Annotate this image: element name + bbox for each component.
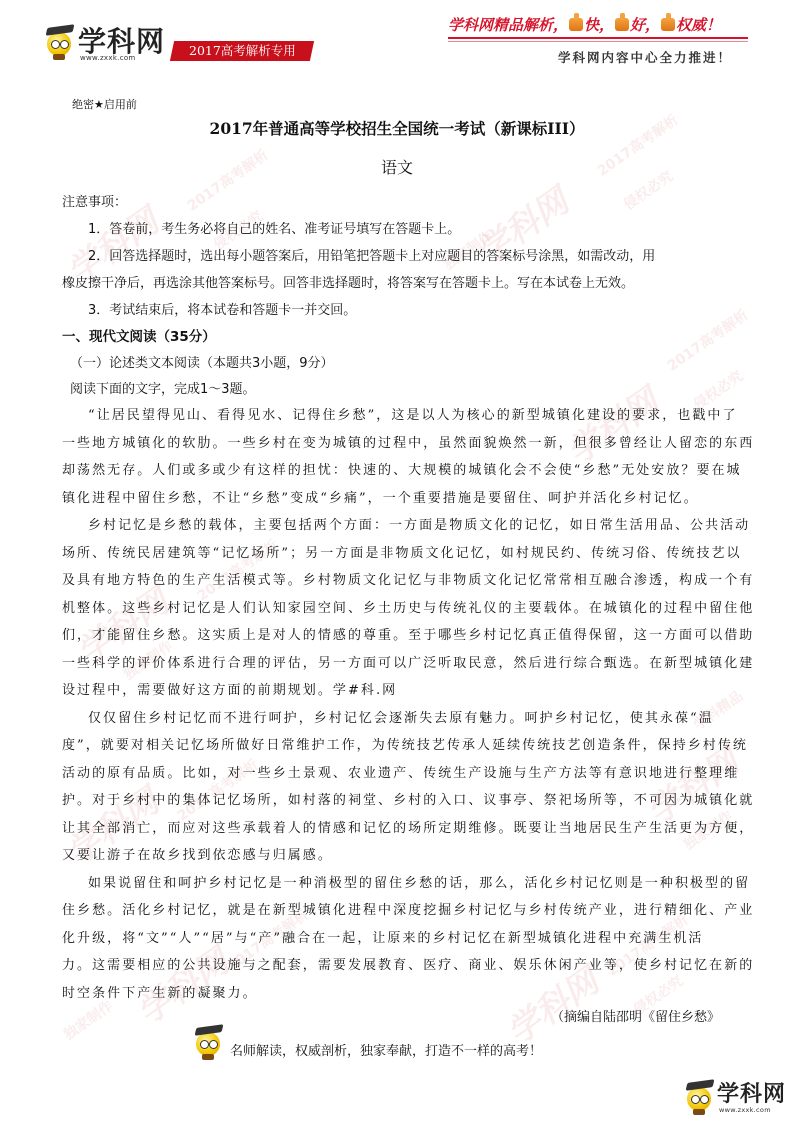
- passage-line: 们，才能留住乡愁。这实质上是对人的情感的尊重。至于哪些乡村记忆真正值得保留，这一…: [62, 624, 722, 643]
- passage-line: 化升级，将“文”“人”“居”与“产”融合在一起，让原来的乡村记忆在新型城镇化进程…: [62, 927, 722, 946]
- notice-item-continued: 橡皮擦干净后，再选涂其他答案标号。回答非选择题时，将答案写在答题卡上。写在本试卷…: [62, 272, 634, 291]
- logo-text: 学科网: [717, 1077, 786, 1108]
- passage-line: 镇化进程中留住乡愁，不让“乡愁”变成“乡痛”，一个重要措施是要留住、呵护并活化乡…: [62, 487, 722, 506]
- subsection-heading: （一）论述类文本阅读（本题共3小题，9分）: [70, 352, 334, 371]
- passage-line: 如果说留住和呵护乡村记忆是一种消极型的留住乡愁的话，那么，活化乡村记忆则是一种积…: [88, 872, 748, 891]
- passage-line: 时空条件下产生新的凝聚力。: [62, 982, 722, 1001]
- passage-line: 一些地方城镇化的软肋。一些乡村在变为城镇的过程中，虽然面貌焕然一新，但很多曾经让…: [62, 432, 722, 451]
- mascot-icon: [194, 1024, 224, 1064]
- slogan-underline: [448, 37, 748, 39]
- thumbs-up-icon: [569, 18, 583, 31]
- passage-line: 却荡然无存。人们或多或少有这样的担忧：快速的、大规模的城镇化会不会使“乡愁”无处…: [62, 459, 722, 478]
- passage-line: 力。这需要相应的公共设施与之配套，需要发展教育、医疗、商业、娱乐休闲产业等，使乡…: [62, 954, 722, 973]
- notice-item: 1．答卷前，考生务必将自己的姓名、准考证号填写在答题卡上。: [88, 218, 460, 237]
- header-slogan: 学科网精品解析，快，好，权威！: [448, 14, 748, 36]
- passage-line: 护。对于乡村中的集体记忆场所，如村落的祠堂、乡村的入口、议事亭、祭祀场所等，不可…: [62, 789, 722, 808]
- notice-item: 3．考试结束后，将本试卷和答题卡一并交回。: [88, 299, 356, 318]
- year-banner: 2017高考解析专用: [170, 41, 314, 61]
- zxxk-logo: 学科网 www.zxxk.com: [45, 18, 165, 64]
- header-subslogan: 学科网内容中心全力推进！: [558, 48, 732, 66]
- passage-line: 又要让游子在故乡找到依恋感与归属感。: [62, 844, 722, 863]
- subject-title: 语文: [0, 155, 794, 178]
- watermark-tag: 独家制作: [59, 996, 116, 1045]
- passage-line: 机整体。这些乡村记忆是人们认知家园空间、乡土历史与传统礼仪的主要载体。在城镇化的…: [62, 597, 722, 616]
- mascot-icon: [685, 1079, 715, 1115]
- thumbs-up-icon: [661, 18, 675, 31]
- passage-line: 仅仅留住乡村记忆而不进行呵护，乡村记忆会逐渐失去原有魅力。呵护乡村记忆，使其永葆…: [88, 707, 748, 726]
- passage-line: 一些科学的评价体系进行合理的评估，另一方面可以广泛听取民意，然后进行综合甄选。在…: [62, 652, 722, 671]
- promo-text: 名师解读，权威剖析，独家奉献，打造不一样的高考！: [230, 1040, 542, 1059]
- thumbs-up-icon: [615, 18, 629, 31]
- logo-url: www.zxxk.com: [80, 54, 136, 62]
- notice-item: 2．回答选择题时，选出每小题答案后，用铅笔把答题卡上对应题目的答案标号涂黑，如需…: [88, 245, 655, 264]
- section-heading: 一、现代文阅读（35分）: [62, 325, 216, 345]
- slogan-underline-thin: [448, 41, 748, 42]
- passage-line: “让居民望得见山、看得见水、记得住乡愁”，这是以人为核心的新型城镇化建设的要求，…: [88, 404, 748, 423]
- passage-line: 乡村记忆是乡愁的载体，主要包括两个方面：一方面是物质文化的记忆，如日常生活用品、…: [88, 514, 748, 533]
- footer-logo: 学科网 www.zxxk.com: [685, 1075, 794, 1120]
- passage-attribution: （摘编自陆邵明《留住乡愁》: [551, 1006, 720, 1025]
- watermark-tag: 2017高考解析: [663, 305, 752, 376]
- exam-title: 2017年普通高等学校招生全国统一考试（新课标III）: [0, 117, 794, 139]
- passage-line: 设过程中，需要做好这方面的前期规划。学#科.网: [62, 679, 722, 698]
- passage-line: 住乡愁。活化乡村记忆，就是在新型城镇化进程中深度挖掘乡村记忆与乡村传统产业，进行…: [62, 899, 722, 918]
- passage-line: 活动的原有品质。比如，对一些乡土景观、农业遗产、传统生产设施与生产方法等有意识地…: [62, 762, 722, 781]
- notice-heading: 注意事项：: [62, 191, 127, 210]
- mascot-icon: [45, 24, 75, 60]
- passage-line: 让其全部消亡，而应对这些承载着人的情感和记忆的场所定期维修。既要让当地居民生产生…: [62, 817, 722, 836]
- passage-line: 度”，就要对相关记忆场所做好日常维护工作，为传统技艺传承人延续传统技艺创造条件，…: [62, 734, 722, 753]
- passage-line: 及具有地方特色的生产生活模式等。乡村物质文化记忆与非物质文化记忆常常相互融合渗透…: [62, 569, 722, 588]
- reading-instruction: 阅读下面的文字，完成1～3题。: [70, 378, 256, 397]
- confidential-label: 绝密★启用前: [72, 96, 137, 112]
- passage-line: 场所、传统民居建筑等“记忆场所”；另一方面是非物质文化记忆，如村规民约、传统习俗…: [62, 542, 722, 561]
- logo-url: www.zxxk.com: [719, 1106, 771, 1114]
